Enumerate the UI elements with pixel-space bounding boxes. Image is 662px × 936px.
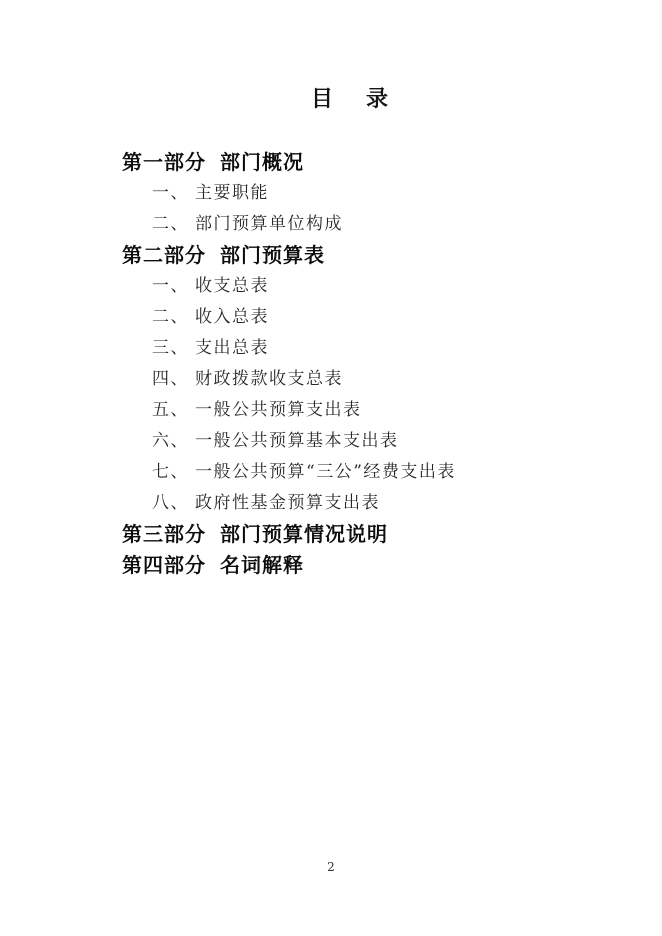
title-char-mu: 目	[311, 86, 334, 112]
toc-item: 五、一般公共预算支出表	[0, 395, 662, 426]
page-number: 2	[0, 858, 662, 876]
toc-item: 一、收支总表	[0, 271, 662, 302]
item-number: 二、	[152, 307, 189, 327]
table-of-contents: 第一部分部门概况 一、主要职能 二、部门预算单位构成 第二部分部门预算表 一、收…	[0, 147, 662, 581]
section-1-title: 部门概况	[220, 150, 304, 174]
title-char-lu: 录	[366, 86, 389, 112]
item-number: 二、	[152, 214, 189, 234]
section-4-title: 名词解释	[220, 553, 304, 577]
toc-item: 三、支出总表	[0, 333, 662, 364]
toc-item: 八、政府性基金预算支出表	[0, 488, 662, 519]
item-text: 主要职能	[195, 183, 269, 203]
section-2-label: 第二部分	[122, 243, 206, 267]
section-3-label: 第三部分	[122, 522, 206, 546]
section-2-title: 部门预算表	[220, 243, 325, 267]
toc-section-4-heading: 第四部分名词解释	[0, 550, 662, 581]
item-text: 一般公共预算“三公”经费支出表	[195, 462, 456, 482]
item-number: 五、	[152, 400, 189, 420]
toc-section-3-heading: 第三部分部门预算情况说明	[0, 519, 662, 550]
item-number: 七、	[152, 462, 189, 482]
section-3-title: 部门预算情况说明	[220, 522, 388, 546]
item-number: 八、	[152, 493, 189, 513]
item-number: 三、	[152, 338, 189, 358]
toc-item: 六、一般公共预算基本支出表	[0, 426, 662, 457]
toc-section-1-heading: 第一部分部门概况	[0, 147, 662, 178]
document-page: 目录 第一部分部门概况 一、主要职能 二、部门预算单位构成 第二部分部门预算表 …	[0, 0, 662, 936]
item-number: 一、	[152, 183, 189, 203]
item-number: 六、	[152, 431, 189, 451]
toc-item: 七、一般公共预算“三公”经费支出表	[0, 457, 662, 488]
item-text: 支出总表	[195, 338, 269, 358]
section-1-label: 第一部分	[122, 150, 206, 174]
item-text: 收支总表	[195, 276, 269, 296]
item-number: 四、	[152, 369, 189, 389]
item-number: 一、	[152, 276, 189, 296]
item-text: 政府性基金预算支出表	[195, 493, 380, 513]
page-title: 目录	[0, 84, 662, 114]
item-text: 财政拨款收支总表	[195, 369, 343, 389]
toc-item: 二、部门预算单位构成	[0, 209, 662, 240]
item-text: 收入总表	[195, 307, 269, 327]
toc-item: 二、收入总表	[0, 302, 662, 333]
item-text: 一般公共预算支出表	[195, 400, 362, 420]
toc-section-2-heading: 第二部分部门预算表	[0, 240, 662, 271]
toc-item: 一、主要职能	[0, 178, 662, 209]
section-4-label: 第四部分	[122, 553, 206, 577]
item-text: 一般公共预算基本支出表	[195, 431, 399, 451]
item-text: 部门预算单位构成	[195, 214, 343, 234]
toc-item: 四、财政拨款收支总表	[0, 364, 662, 395]
